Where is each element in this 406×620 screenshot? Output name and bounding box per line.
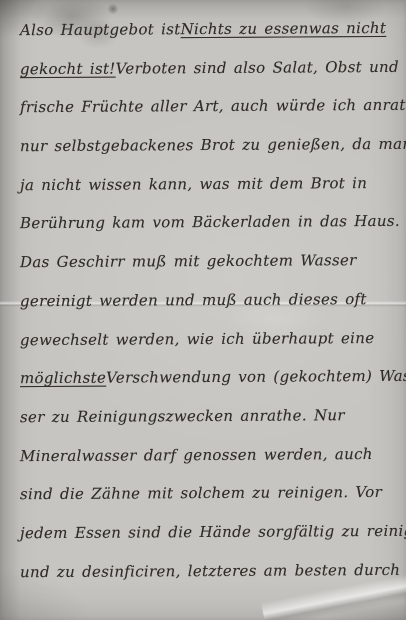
- handwriting-line: gewechselt werden, wie ich überhaupt ein…: [20, 318, 398, 359]
- handwriting-text: jedem Essen sind die Hände sorgfältig zu…: [20, 522, 406, 543]
- letter-page: Also Hauptgebot ist Nichts zu essen was …: [0, 0, 406, 620]
- handwriting-line: Berührung kam vom Bäckerladen in das Hau…: [20, 202, 398, 243]
- handwriting-line: gekocht ist! Verboten sind also Salat, O…: [20, 48, 398, 89]
- letter-body: Also Hauptgebot ist Nichts zu essen was …: [20, 10, 398, 590]
- handwriting-text: ja nicht wissen kann, was mit dem Brot i…: [20, 174, 367, 194]
- handwriting-line: möglichste Verschwendung von (gekochtem)…: [20, 357, 398, 398]
- handwriting-text: frische Früchte aller Art, auch würde ic…: [20, 96, 406, 117]
- handwriting-line: Das Geschirr muß mit gekochtem Wasser: [20, 241, 398, 282]
- handwriting-text: Verschwendung von (gekochtem) Was-: [106, 367, 406, 387]
- handwriting-text: nur selbstgebackenes Brot zu genießen, d…: [20, 135, 406, 155]
- handwriting-line: Also Hauptgebot ist Nichts zu essen was …: [20, 9, 398, 50]
- handwriting-text: und zu desinficiren, letzteres am besten…: [20, 561, 400, 581]
- handwriting-text: gereinigt werden und muß auch dieses oft: [20, 290, 367, 310]
- handwriting-line: und zu desinficiren, letzteres am besten…: [20, 550, 398, 591]
- handwriting-text: Das Geschirr muß mit gekochtem Wasser: [20, 252, 357, 272]
- underlined-handwriting-text: was nicht: [309, 19, 387, 37]
- handwriting-line: sind die Zähne mit solchem zu reinigen. …: [20, 473, 398, 514]
- underlined-handwriting-text: Nichts zu essen: [181, 20, 309, 39]
- underlined-handwriting-text: möglichste: [20, 369, 106, 388]
- handwriting-text: Mineralwasser darf genossen werden, auch: [20, 445, 373, 465]
- handwriting-line: frische Früchte aller Art, auch würde ic…: [20, 86, 398, 127]
- handwriting-text: sind die Zähne mit solchem zu reinigen. …: [20, 484, 382, 504]
- handwriting-line: nur selbstgebackenes Brot zu genießen, d…: [20, 125, 398, 166]
- handwriting-line: ja nicht wissen kann, was mit dem Brot i…: [20, 164, 398, 205]
- handwriting-line: jedem Essen sind die Hände sorgfältig zu…: [20, 512, 398, 553]
- handwriting-text: Berührung kam vom Bäckerladen in das Hau…: [20, 213, 400, 233]
- handwriting-text: Also Hauptgebot ist: [20, 21, 181, 40]
- handwriting-text: ser zu Reinigungszwecken anrathe. Nur: [20, 406, 345, 426]
- handwriting-text: gewechselt werden, wie ich überhaupt ein…: [20, 329, 374, 349]
- handwriting-text: Verboten sind also Salat, Obst und: [116, 58, 399, 78]
- handwriting-line: Mineralwasser darf genossen werden, auch: [20, 434, 398, 475]
- handwriting-line: gereinigt werden und muß auch dieses oft: [20, 280, 398, 321]
- bottom-right-fold-shadow: [286, 590, 406, 620]
- underlined-handwriting-text: gekocht ist!: [20, 60, 116, 79]
- handwriting-line: ser zu Reinigungszwecken anrathe. Nur: [20, 396, 398, 437]
